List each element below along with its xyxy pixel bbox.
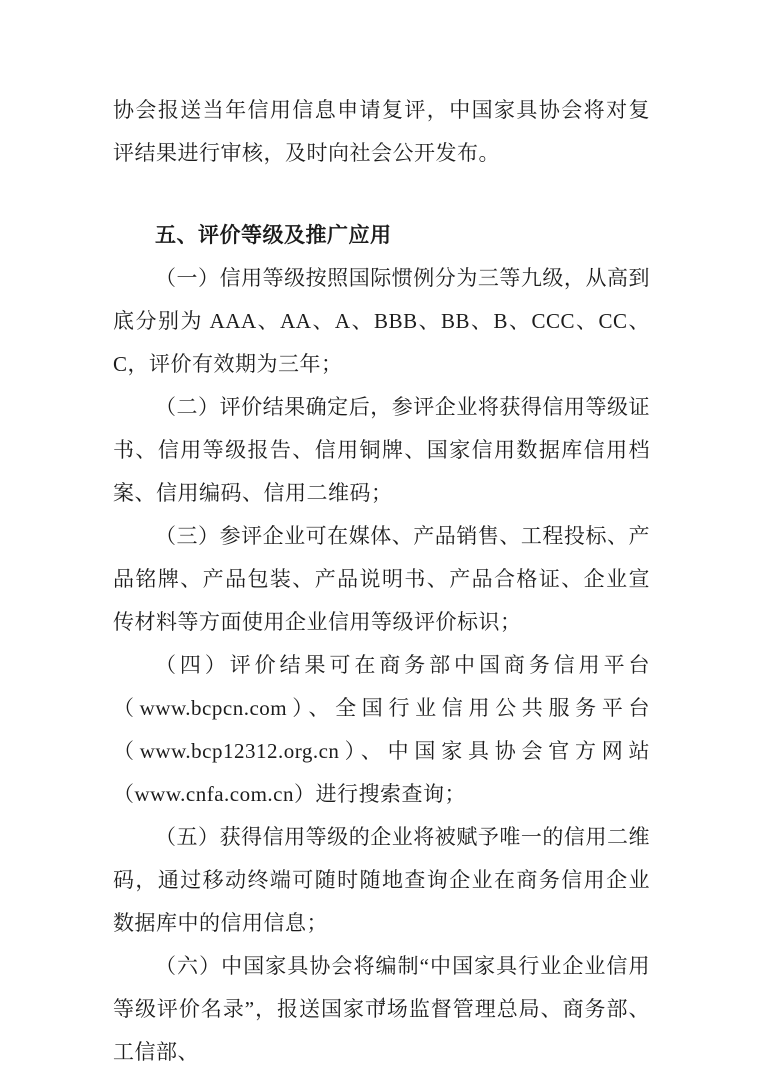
paragraph-continuation: 协会报送当年信用信息申请复评，中国家具协会将对复评结果进行审核，及时向社会公开发… bbox=[113, 89, 650, 175]
page-number: 4 bbox=[0, 993, 764, 1011]
paragraph-item-1: （一）信用等级按照国际惯例分为三等九级，从高到底分别为 AAA、AA、A、BBB… bbox=[113, 257, 650, 386]
section-heading: 五、评价等级及推广应用 bbox=[113, 214, 650, 257]
paragraph-item-3: （三）参评企业可在媒体、产品销售、工程投标、产品铭牌、产品包装、产品说明书、产品… bbox=[113, 515, 650, 644]
paragraph-item-5: （五）获得信用等级的企业将被赋予唯一的信用二维码，通过移动终端可随时随地查询企业… bbox=[113, 816, 650, 945]
document-page: 协会报送当年信用信息申请复评，中国家具协会将对复评结果进行审核，及时向社会公开发… bbox=[0, 0, 764, 1080]
paragraph-item-4: （四）评价结果可在商务部中国商务信用平台（www.bcpcn.com）、全国行业… bbox=[113, 644, 650, 816]
document-content: 协会报送当年信用信息申请复评，中国家具协会将对复评结果进行审核，及时向社会公开发… bbox=[113, 89, 650, 1074]
paragraph-item-2: （二）评价结果确定后，参评企业将获得信用等级证书、信用等级报告、信用铜牌、国家信… bbox=[113, 386, 650, 515]
